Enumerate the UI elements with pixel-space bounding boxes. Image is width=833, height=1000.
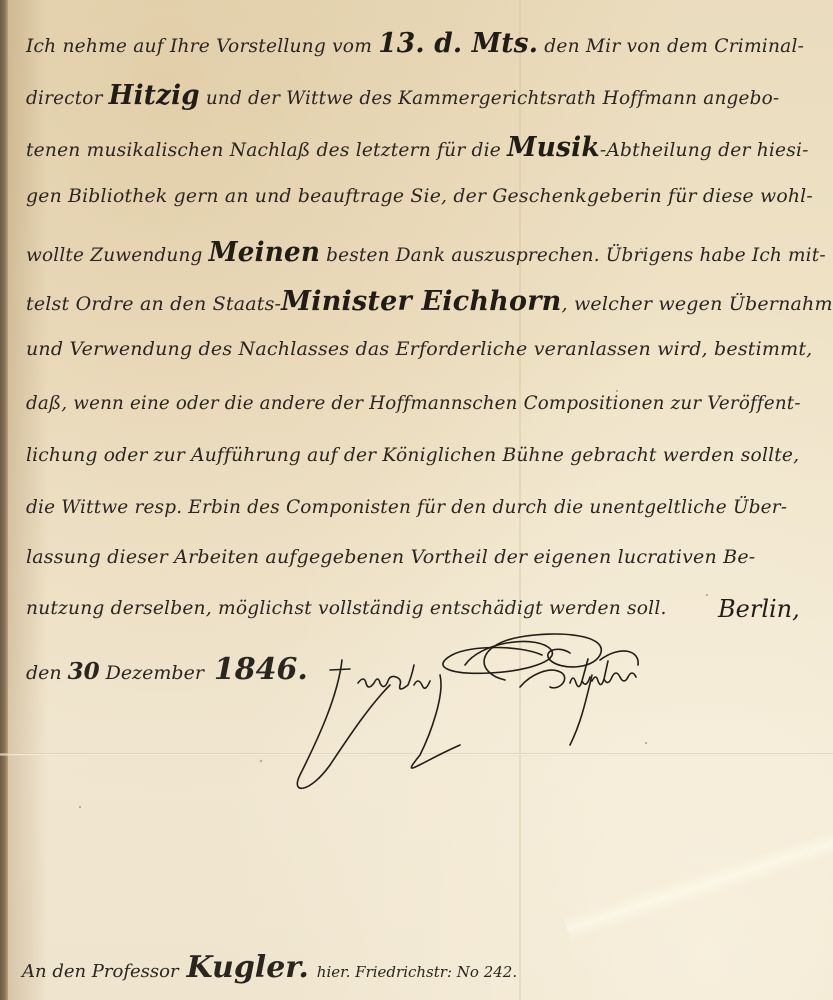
recipient-address: An den ProfessorKugler.hier. Friedrichst… — [22, 950, 517, 985]
letter-line-7: und Verwendung des Nachlasses das Erford… — [26, 338, 812, 360]
signature-name: Friedrich Wilhelm — [345, 665, 354, 666]
letter-line-12: nutzung derselben, möglichst vollständig… — [26, 597, 667, 619]
letter-line-8: daß, wenn eine oder die andere der Hoffm… — [26, 392, 801, 414]
letter-line-2: director Hitzig und der Wittwe des Kamme… — [26, 80, 779, 111]
letter-line-10: die Wittwe resp. Erbin des Componisten f… — [26, 496, 787, 518]
paper-speck — [260, 760, 262, 762]
letter-line-11: lassung dieser Arbeiten aufgegebenen Vor… — [26, 546, 755, 568]
letter-line-9: lichung oder zur Aufführung auf der Köni… — [26, 444, 799, 466]
letter-line-1: Ich nehme auf Ihre Vorstellung vom 13. d… — [26, 28, 804, 59]
letter-date: den30Dezember1846. — [26, 652, 308, 687]
book-binding-edge — [0, 0, 8, 1000]
place-name: Berlin, — [718, 595, 800, 623]
paper-speck — [79, 806, 81, 808]
letter-line-3: tenen musikalischen Nachlaß des letztern… — [26, 132, 809, 163]
letter-line-5: wollte Zuwendung Meinen besten Dank ausz… — [26, 237, 826, 268]
letter-line-4: gen Bibliothek gern an und beauftrage Si… — [26, 185, 813, 207]
signature-flourish — [280, 625, 750, 805]
paper-speck — [706, 594, 708, 596]
letter-line-6: telst Ordre an den Staats-Minister Eichh… — [26, 286, 833, 317]
